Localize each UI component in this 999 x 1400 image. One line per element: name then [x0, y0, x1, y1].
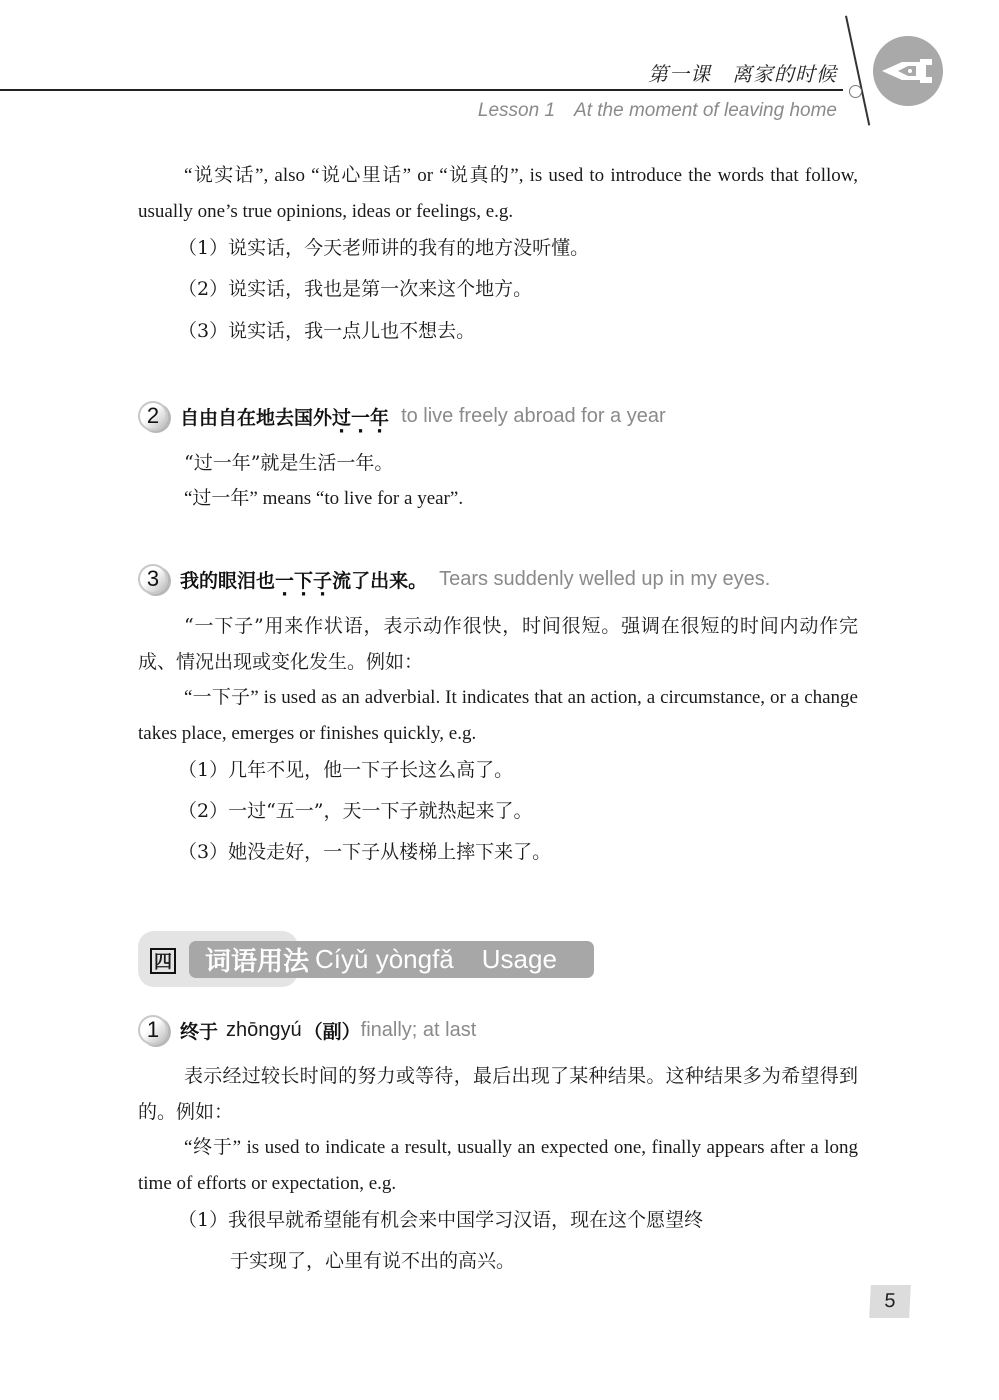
note-3-english-explanation: “一下子” is used as an adverbial. It indica… [138, 680, 858, 752]
header-english-title: Lesson 1 At the moment of leaving home [478, 95, 837, 122]
emphasis-char: 年 [370, 407, 389, 429]
note-2-heading-chinese: 自由自在地去国外过一年 [180, 403, 389, 430]
heading-text: 自由自在地去国外 [180, 407, 332, 429]
note-number-badge: 2 [138, 401, 168, 431]
note-3-example-1: （1）几年不见，他一下子长这么高了。 [178, 752, 513, 788]
note-2-heading-english: to live freely abroad for a year [401, 405, 666, 428]
emphasis-char: 一 [275, 570, 294, 592]
note-2-english-explanation: “过一年” means “to live for a year”. [184, 481, 904, 517]
header-divider-line [845, 16, 870, 126]
header-rule [0, 89, 843, 91]
section-title-pinyin: Cíyǔ yòngfǎ [315, 944, 454, 975]
heading-text: 流了出来。 [332, 570, 427, 592]
intro-example-1: （1）说实话，今天老师讲的我有的地方没听懂。 [178, 230, 589, 266]
intro-example-2: （2）说实话，我也是第一次来这个地方。 [178, 271, 532, 307]
usage-meaning: finally; at last [361, 1019, 477, 1042]
intro-english-explanation: “说实话”, also “说心里话” or “说真的”, is used to … [138, 158, 858, 230]
usage-part-of-speech: （副） [304, 1017, 361, 1044]
section-title-chinese: 词语用法 [205, 941, 309, 978]
note-3-chinese-explanation: “一下子”用来作状语，表示动作很快，时间很短。强调在很短的时间内动作完成、情况出… [138, 608, 858, 680]
note-3-heading-chinese: 我的眼泪也一下子流了出来。 [180, 566, 427, 593]
page-number: 5 [869, 1285, 911, 1318]
usage-1-example-1-line-1: （1）我很早就希望能有机会来中国学习汉语，现在这个愿望终 [178, 1202, 868, 1238]
usage-pinyin: zhōngyú [226, 1019, 302, 1042]
usage-1-example-1-line-2: 于实现了，心里有说不出的高兴。 [230, 1243, 515, 1279]
usage-number-badge: 1 [138, 1015, 168, 1045]
section-number: 四 [150, 948, 176, 974]
intro-example-3: （3）说实话，我一点儿也不想去。 [178, 313, 475, 349]
usage-1-english-explanation: “终于” is used to indicate a result, usual… [138, 1130, 858, 1202]
usage-1-chinese-explanation: 表示经过较长时间的努力或等待，最后出现了某种结果。这种结果多为希望得到的。例如： [138, 1058, 858, 1130]
usage-1-heading: 1 终于 zhōngyú （副） finally; at last [138, 1015, 476, 1045]
note-3-example-2: （2）一过“五一”，天一下子就热起来了。 [178, 793, 533, 829]
note-3-example-3: （3）她没走好，一下子从楼梯上摔下来了。 [178, 834, 551, 870]
fountain-pen-nib-icon [873, 36, 943, 106]
emphasis-char: 一 [351, 407, 370, 429]
note-number-badge: 3 [138, 564, 168, 594]
section-title-bar: 词语用法 Cíyǔ yòngfǎ Usage [189, 941, 594, 978]
note-3-heading-english: Tears suddenly welled up in my eyes. [439, 568, 770, 591]
usage-word: 终于 [180, 1017, 218, 1044]
note-2-chinese-explanation: “过一年”就是生活一年。 [184, 445, 904, 481]
header-ring-ornament [849, 85, 862, 98]
emphasis-char: 子 [313, 570, 332, 592]
emphasis-char: 下 [294, 570, 313, 592]
header-chinese-title: 第一课 离家的时候 [648, 58, 837, 87]
emphasis-char: 过 [332, 407, 351, 429]
note-2-heading: 2 自由自在地去国外过一年 to live freely abroad for … [138, 401, 666, 431]
section-title-english: Usage [482, 944, 557, 975]
heading-text: 我的眼泪也 [180, 570, 275, 592]
note-3-heading: 3 我的眼泪也一下子流了出来。 Tears suddenly welled up… [138, 564, 770, 594]
